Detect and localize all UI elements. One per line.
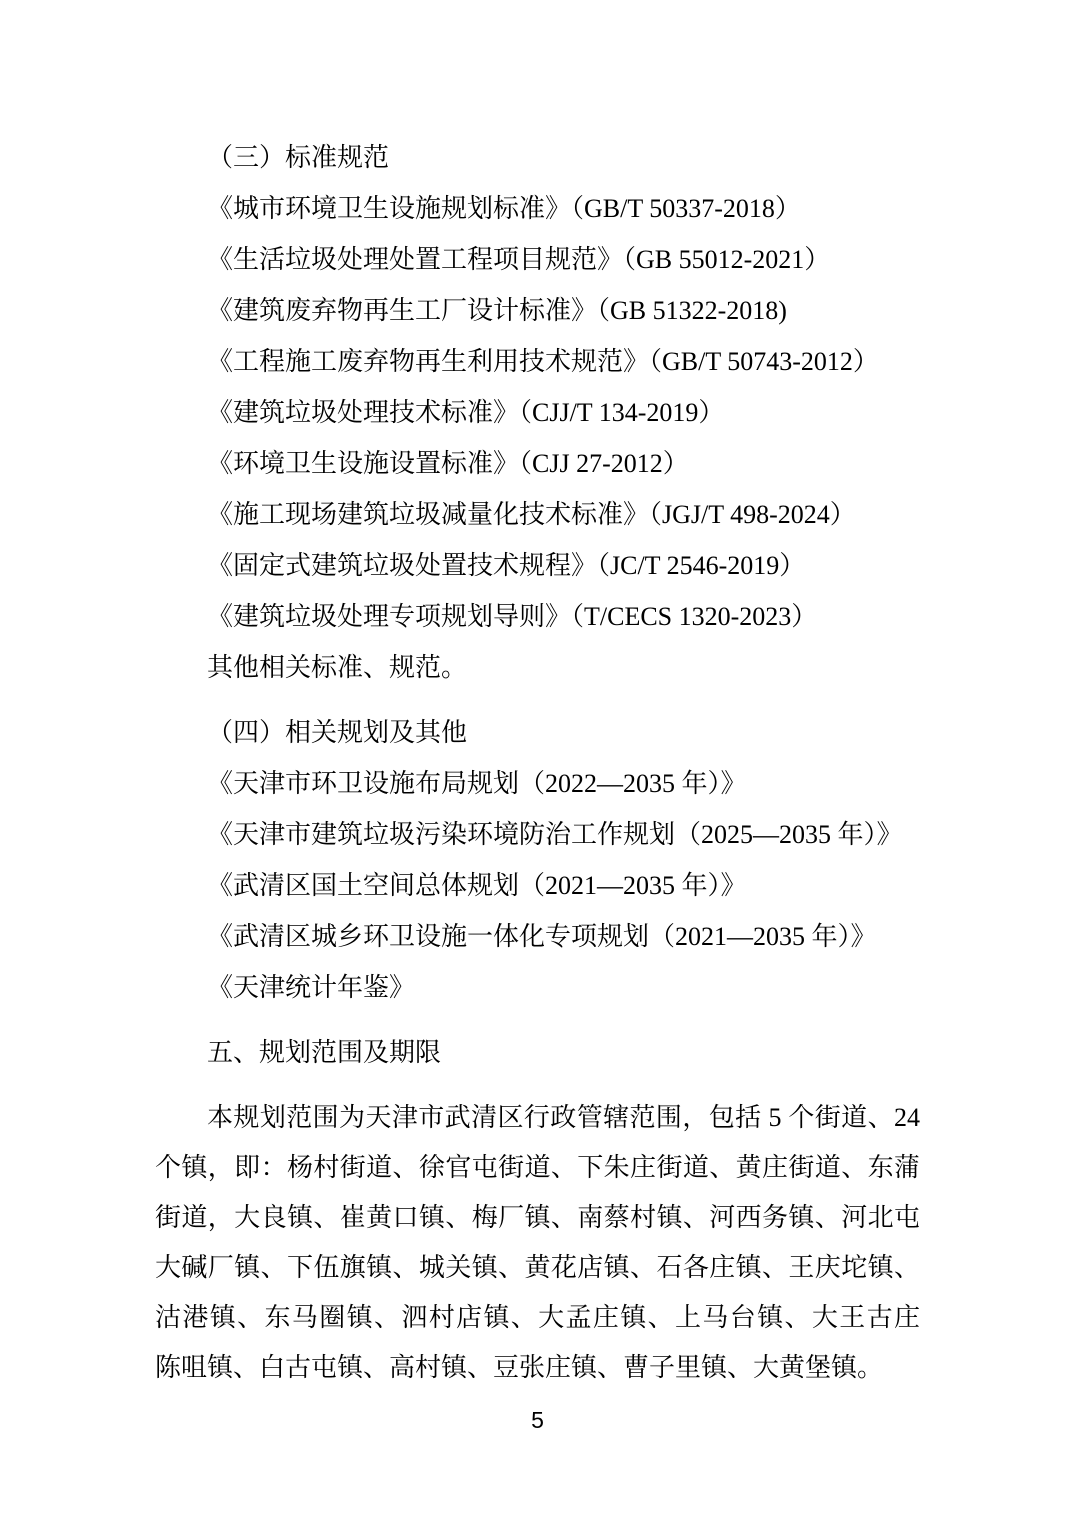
section-heading-standards: （三）标准规范 xyxy=(155,132,920,183)
section-heading-related-plans: （四）相关规划及其他 xyxy=(155,707,920,758)
paragraph-line: 沽港镇、东马圈镇、泗村店镇、大孟庄镇、上马台镇、大王古庄镇、 xyxy=(155,1293,920,1343)
scope-paragraph: 本规划范围为天津市武清区行政管辖范围，包括 5 个街道、24 个镇，即：杨村街道… xyxy=(155,1093,920,1393)
paragraph-line: 本规划范围为天津市武清区行政管辖范围，包括 5 个街道、24 xyxy=(155,1093,920,1143)
paragraph-line: 陈咀镇、白古屯镇、高村镇、豆张庄镇、曹子里镇、大黄堡镇。 xyxy=(155,1343,920,1393)
reference-item: 其他相关标准、规范。 xyxy=(155,642,920,693)
section-heading-scope-period: 五、规划范围及期限 xyxy=(155,1027,920,1078)
reference-item: 《天津市建筑垃圾污染环境防治工作规划（2025—2035 年）》 xyxy=(155,809,920,860)
reference-item: 《武清区国土空间总体规划（2021—2035 年）》 xyxy=(155,860,920,911)
paragraph-line: 个镇，即：杨村街道、徐官屯街道、下朱庄街道、黄庄街道、东蒲洼 xyxy=(155,1143,920,1193)
page-number: 5 xyxy=(155,1405,920,1435)
reference-item: 《天津市环卫设施布局规划（2022—2035 年）》 xyxy=(155,758,920,809)
document-page: （三）标准规范 《城市环境卫生设施规划标准》（GB/T 50337-2018） … xyxy=(0,0,1074,1520)
reference-item: 《环境卫生设施设置标准》（CJJ 27-2012） xyxy=(155,438,920,489)
reference-item: 《固定式建筑垃圾处置技术规程》（JC/T 2546-2019） xyxy=(155,540,920,591)
reference-item: 《施工现场建筑垃圾减量化技术标准》（JGJ/T 498-2024） xyxy=(155,489,920,540)
reference-item: 《天津统计年鉴》 xyxy=(155,962,920,1013)
reference-item: 《建筑垃圾处理技术标准》（CJJ/T 134-2019） xyxy=(155,387,920,438)
reference-item: 《建筑废弃物再生工厂设计标准》（GB 51322-2018) xyxy=(155,285,920,336)
reference-item: 《武清区城乡环卫设施一体化专项规划（2021—2035 年）》 xyxy=(155,911,920,962)
reference-item: 《城市环境卫生设施规划标准》（GB/T 50337-2018） xyxy=(155,183,920,234)
paragraph-line: 街道，大良镇、崔黄口镇、梅厂镇、南蔡村镇、河西务镇、河北屯镇、 xyxy=(155,1193,920,1243)
reference-item: 《生活垃圾处理处置工程项目规范》（GB 55012-2021） xyxy=(155,234,920,285)
reference-item: 《建筑垃圾处理专项规划导则》（T/CECS 1320-2023） xyxy=(155,591,920,642)
reference-item: 《工程施工废弃物再生利用技术规范》（GB/T 50743-2012） xyxy=(155,336,920,387)
paragraph-line: 大碱厂镇、下伍旗镇、城关镇、黄花店镇、石各庄镇、王庆坨镇、汊 xyxy=(155,1243,920,1293)
